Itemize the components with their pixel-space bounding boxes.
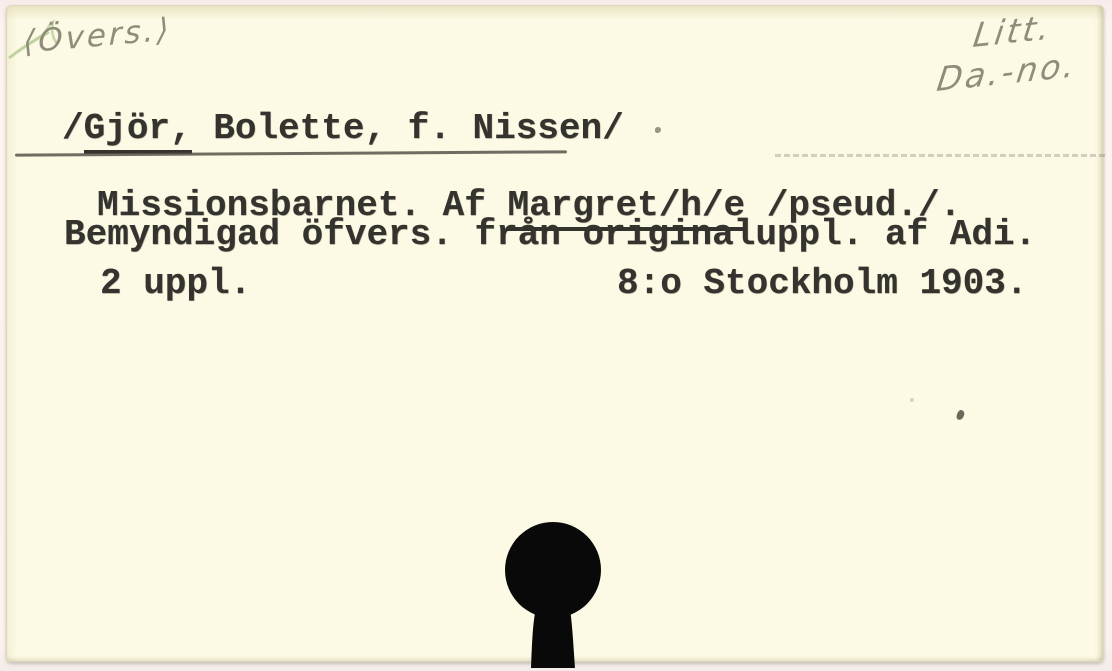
faint-pencil-dashes xyxy=(775,154,1105,157)
translation-note-line: Bemyndigad öfvers. från originaluppl. af… xyxy=(64,217,1036,253)
heading-rest: Bolette, f. Nissen/ xyxy=(192,108,624,149)
heading-surname-underlined: Gjör, xyxy=(84,108,192,154)
imprint-statement: 8:o Stockholm 1903. xyxy=(617,266,1027,302)
ink-speck xyxy=(910,398,914,402)
main-entry-heading: /Gjör, Bolette, f. Nissen/ xyxy=(62,111,624,147)
handwritten-overs-note: ⟨Övers.⟩ xyxy=(23,11,172,60)
handwritten-classification: Litt. Da.-no. xyxy=(910,1,1110,103)
heading-slash-prefix: / xyxy=(62,108,84,149)
ink-speck xyxy=(655,127,661,133)
scan-background: ⟨Övers.⟩ Litt. Da.-no. /Gjör, Bolette, f… xyxy=(0,0,1112,671)
edition-statement: 2 uppl. xyxy=(100,266,251,302)
ink-speck xyxy=(956,409,966,421)
keyhole-punch-hole-icon xyxy=(483,521,623,671)
